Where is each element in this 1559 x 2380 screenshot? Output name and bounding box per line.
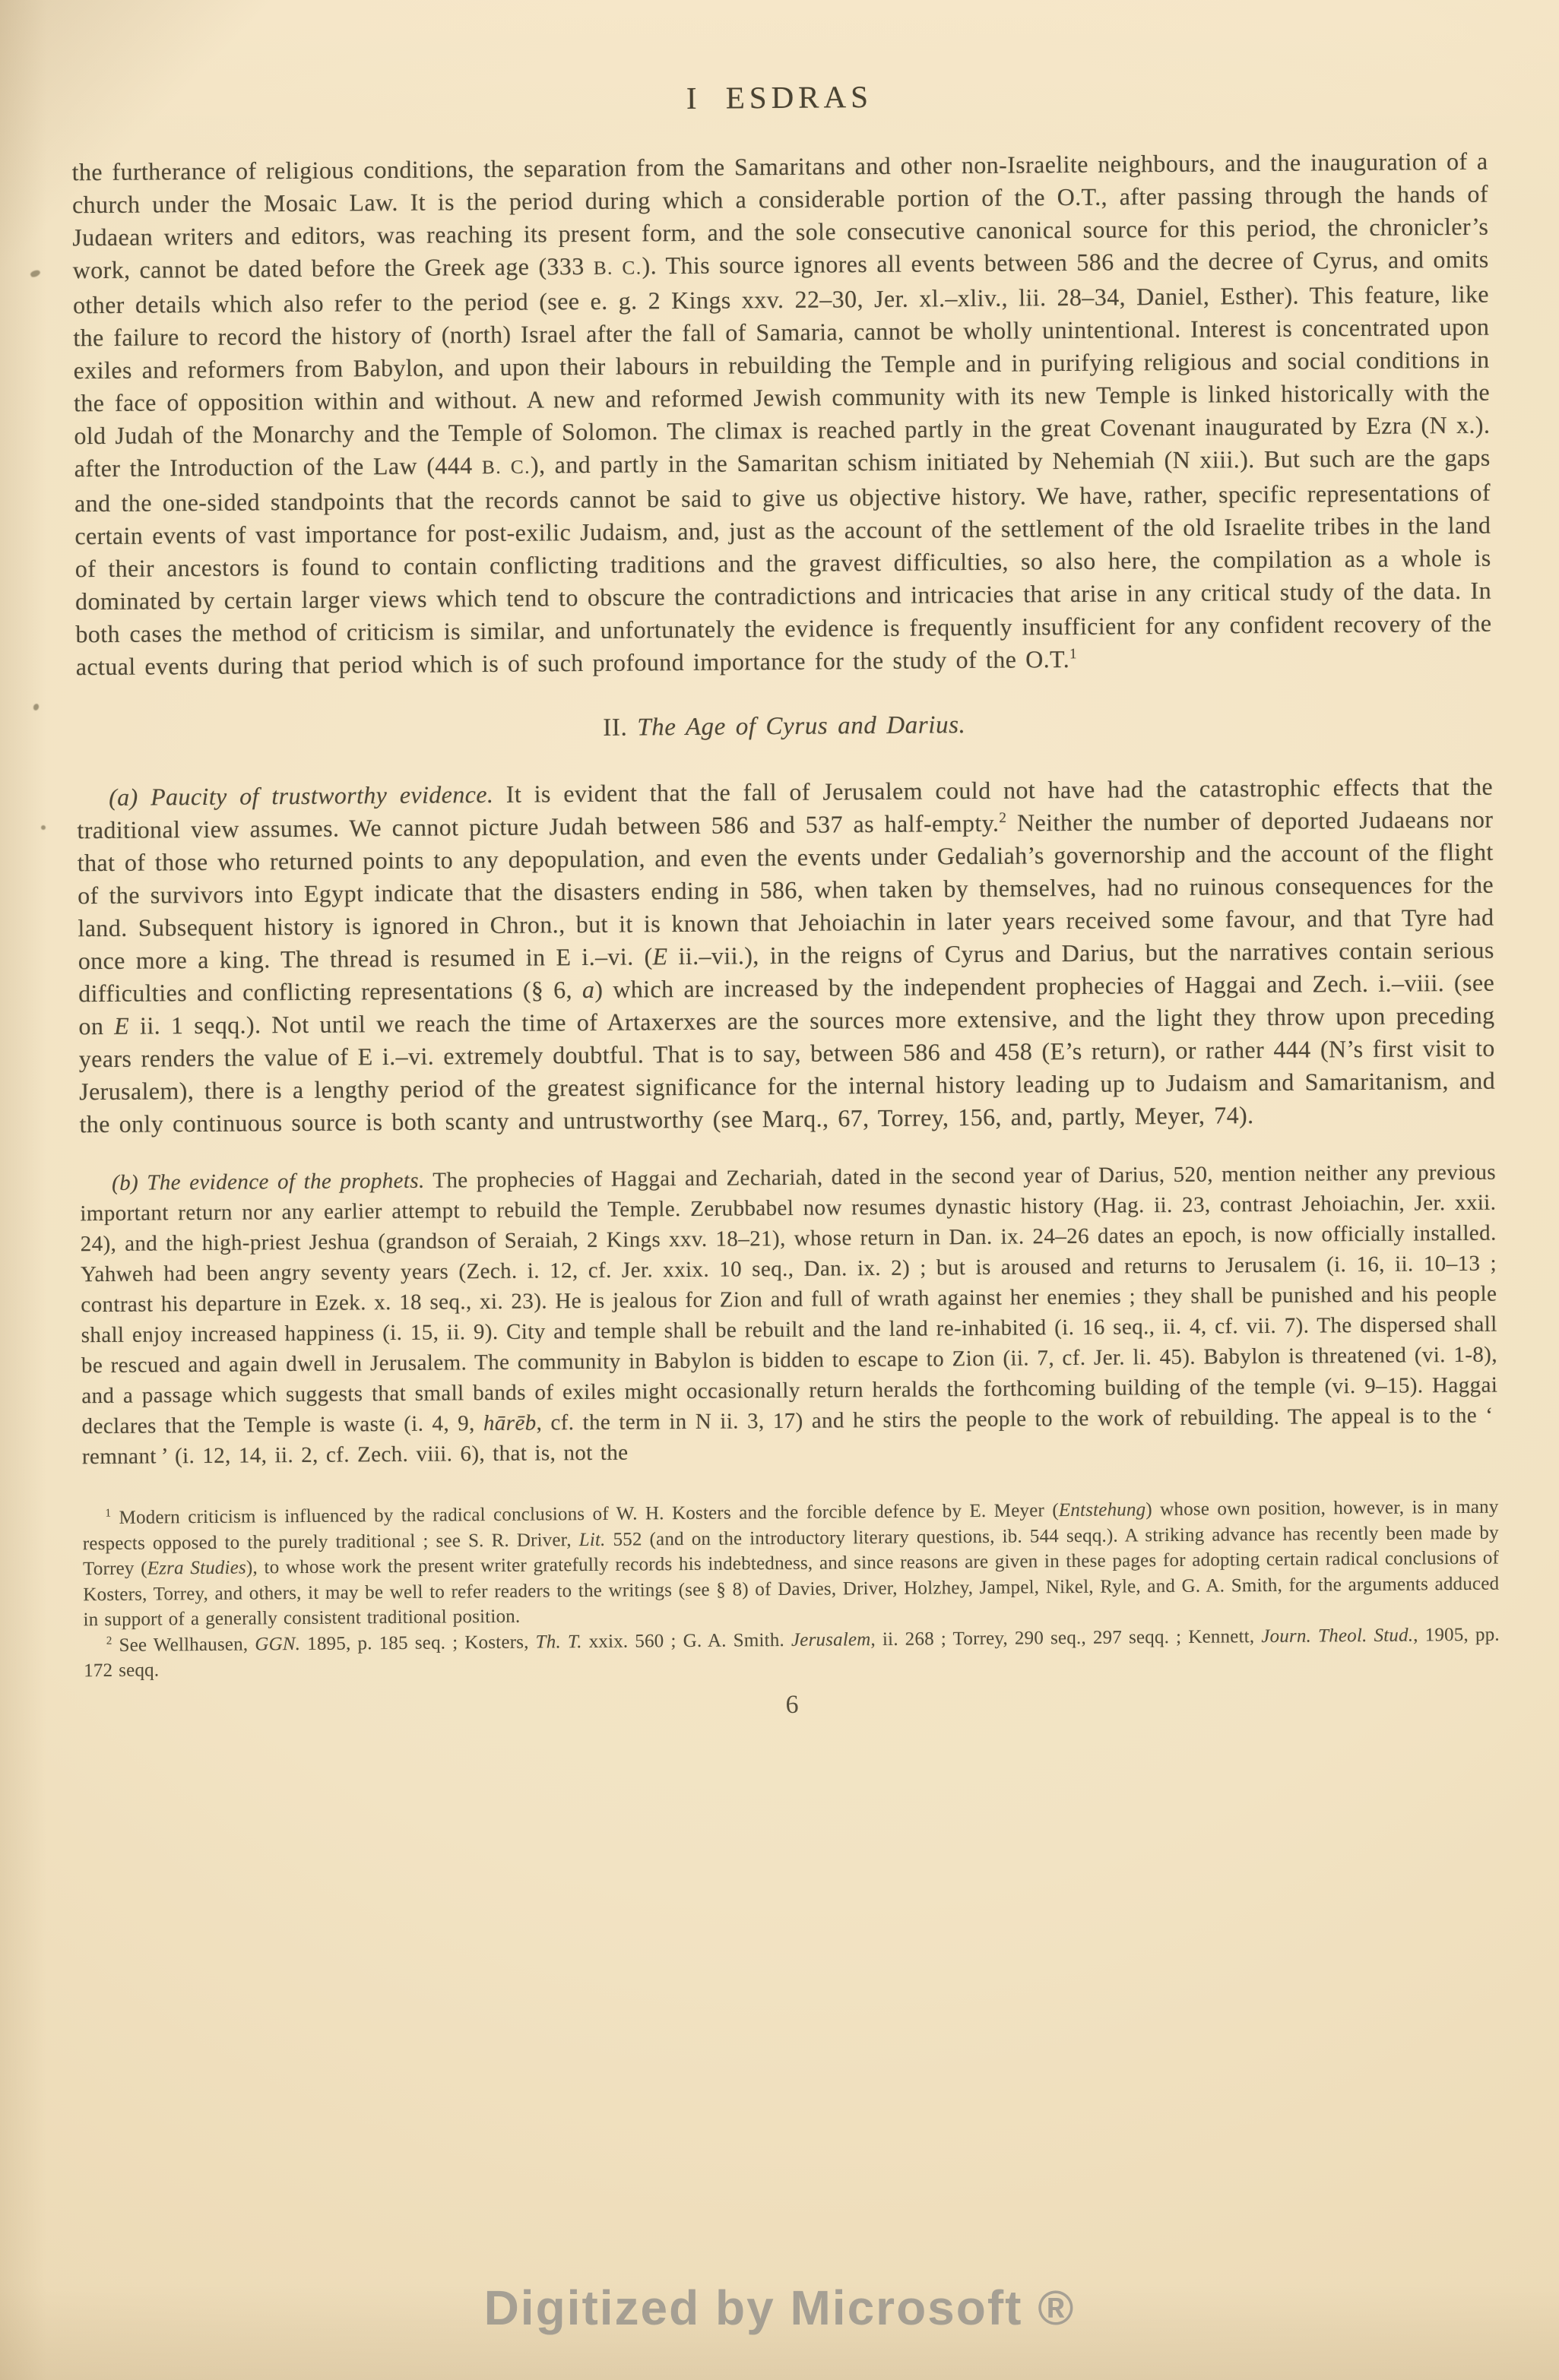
margin-mark — [41, 825, 46, 830]
footnote-2: 2 See Wellhausen, GGN. 1895, p. 185 seq.… — [84, 1622, 1500, 1684]
footnote-1: 1 Modern criticism is influenced by the … — [82, 1495, 1499, 1633]
text-column: I ESDRAS the furtherance of religious co… — [71, 74, 1500, 1725]
page-title: I ESDRAS — [71, 74, 1488, 122]
footnotes-block: 1 Modern criticism is influenced by the … — [82, 1495, 1500, 1684]
digitized-by-microsoft-watermark: Digitized by Microsoft ® — [0, 2280, 1559, 2336]
scanned-book-page: I ESDRAS the furtherance of religious co… — [0, 0, 1559, 2380]
paragraph-continuation: the furtherance of religious conditions,… — [71, 145, 1491, 684]
paragraph-b: (b) The evidence of the prophets. The pr… — [80, 1157, 1498, 1473]
paragraph-a: (a) Paucity of trustworthy evidence. It … — [77, 771, 1496, 1141]
section-heading: II. The Age of Cyrus and Darius. — [76, 707, 1492, 747]
page-number: 6 — [84, 1685, 1500, 1725]
page-content: I ESDRAS the furtherance of religious co… — [0, 0, 1559, 1726]
